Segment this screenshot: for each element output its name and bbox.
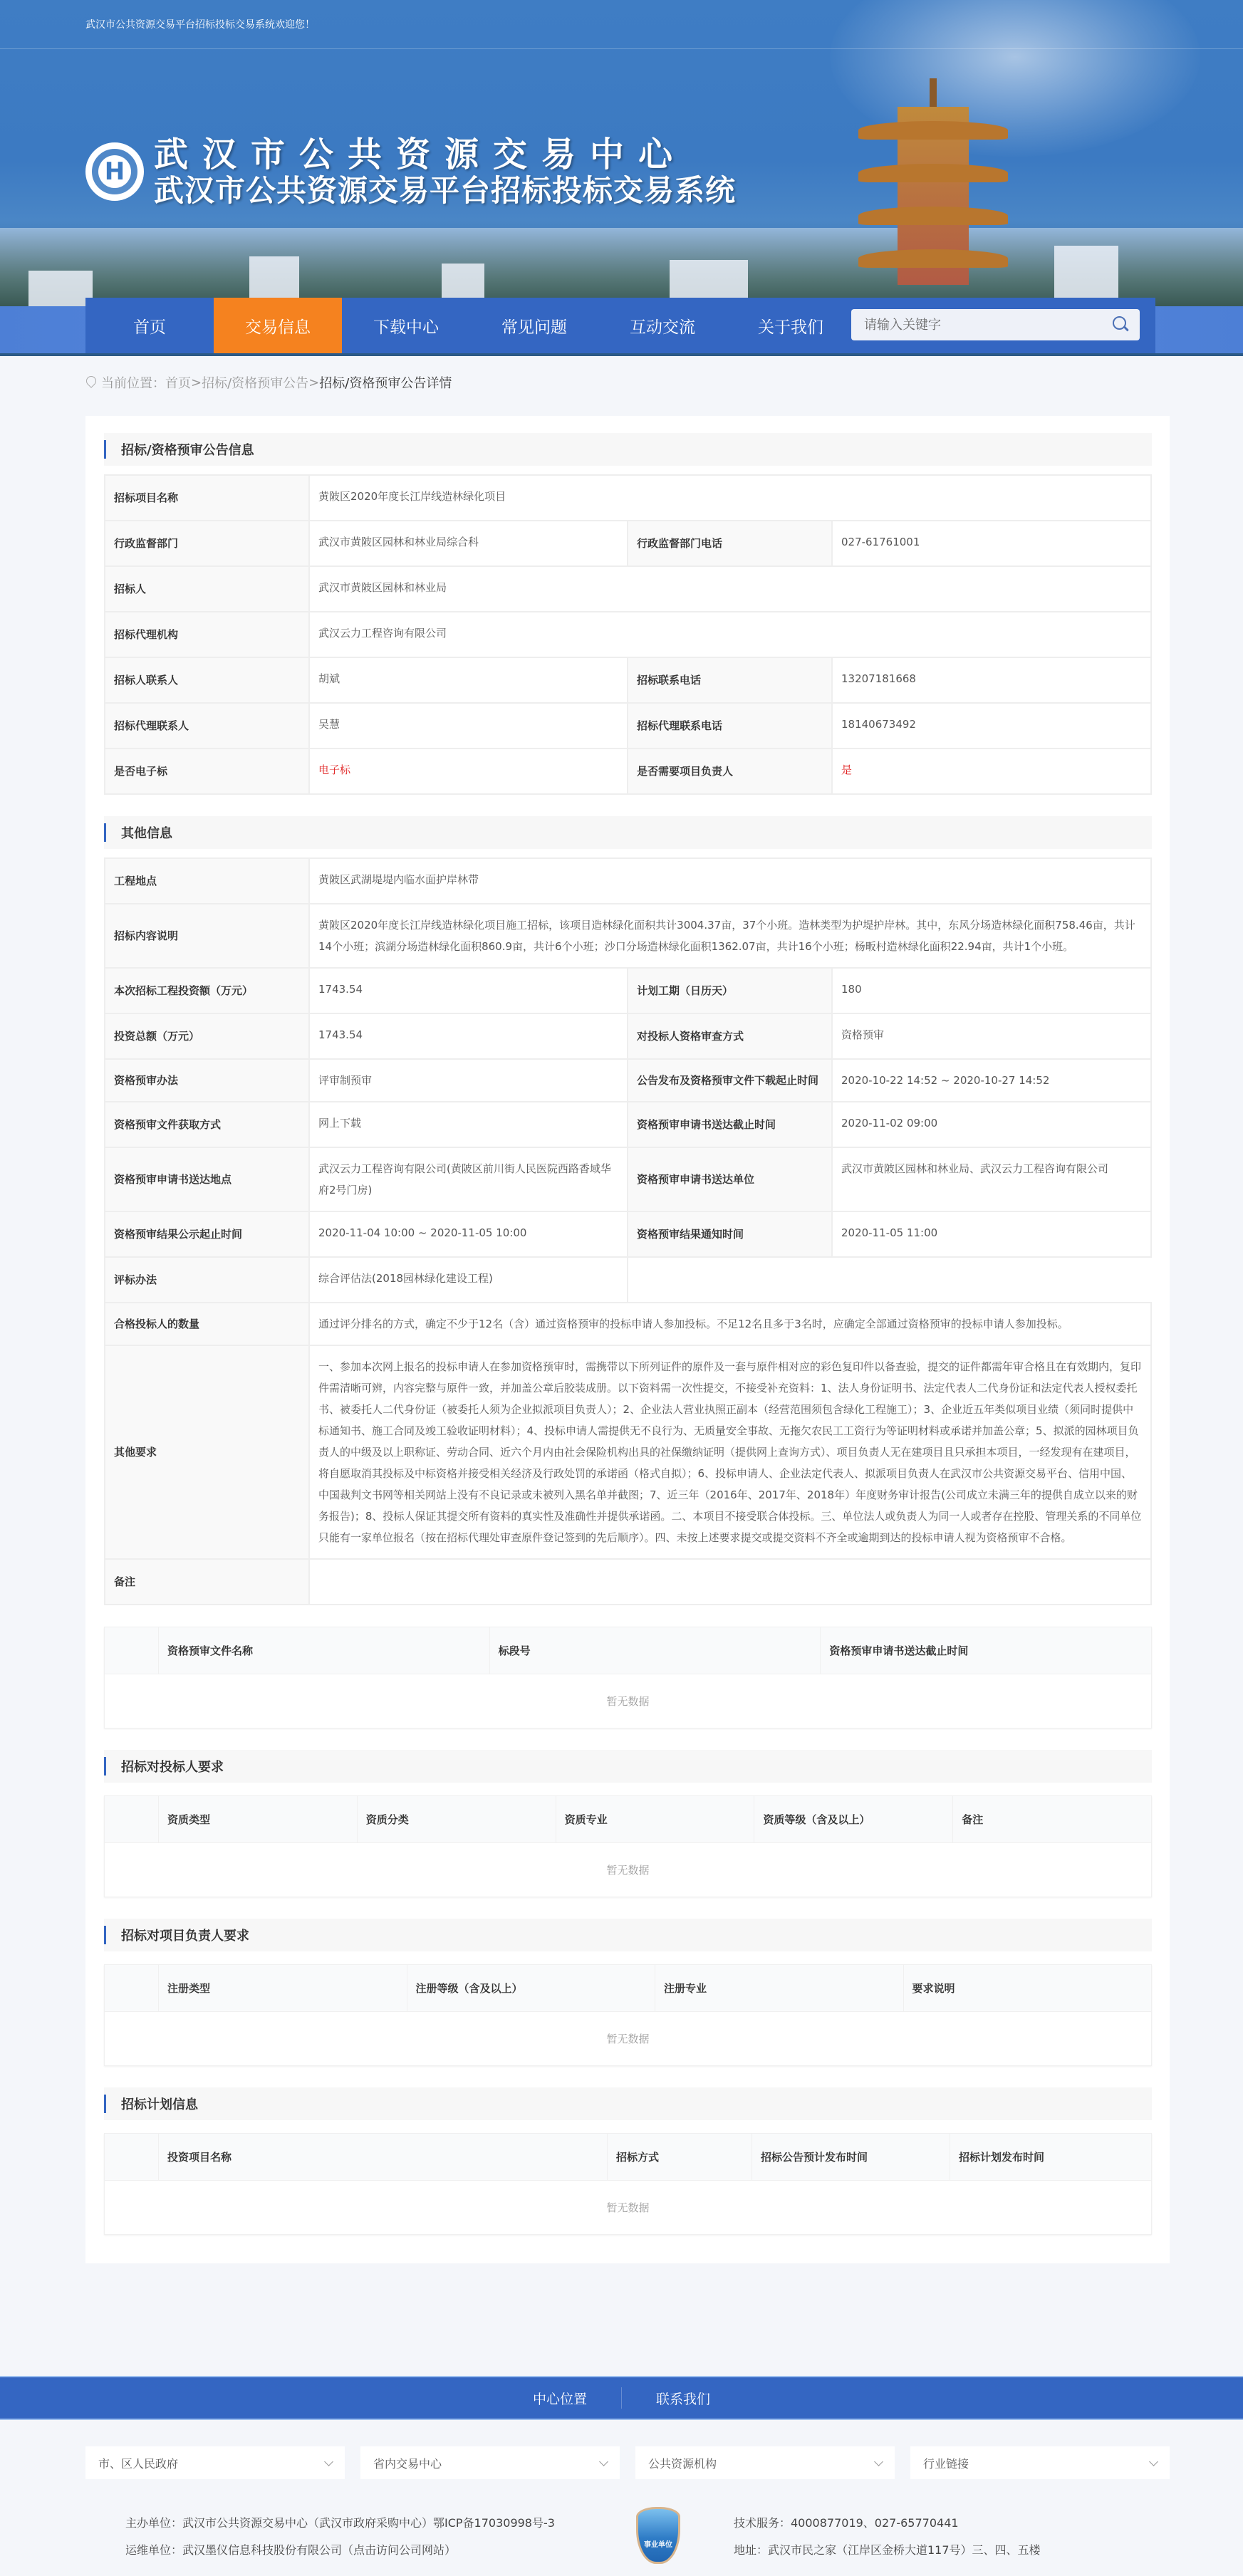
value-other-requirements: 一、参加本次网上报名的投标申请人在参加资格预审时，需携带以下所列证件的原件及一套… — [309, 1345, 1151, 1559]
column-header: 资质分类 — [357, 1796, 556, 1843]
label-eval-method: 评标办法 — [105, 1257, 309, 1303]
label-agency-contact: 招标代理联系人 — [105, 703, 309, 749]
search-box — [851, 309, 1140, 340]
breadcrumb: 当前位置： 首页 > 招标/资格预审公告 > 招标/资格预审公告详情 — [85, 373, 452, 392]
section-title-other-info: 其他信息 — [104, 816, 1152, 849]
select-province-centers[interactable]: 省内交易中心 — [360, 2446, 620, 2479]
detail-card: 招标/资格预审公告信息 招标项目名称 黄陂区2020年度长江岸线造林绿化项目 行… — [85, 416, 1170, 2263]
table-row: 资格预审办法 评审制预审 公告发布及资格预审文件下载起止时间 2020-10-2… — [105, 1059, 1151, 1102]
value-tenderer-contact: 胡斌 — [309, 657, 628, 703]
value-qualified-count: 通过评分排名的方式，确定不少于12名（含）通过资格预审的投标申请人参加投标。不足… — [309, 1303, 1151, 1345]
column-header: 资格预审申请书送达截止时间 — [821, 1627, 1152, 1674]
value-invest-total: 1743.54 — [309, 1013, 628, 1059]
column-header: 备注 — [953, 1796, 1152, 1843]
section-title-manager-requirements: 招标对项目负责人要求 — [104, 1919, 1152, 1951]
value-prequal-method: 评审制预审 — [309, 1059, 628, 1102]
table-row: 是否电子标 电子标 是否需要项目负责人 是 — [105, 749, 1151, 794]
column-header: 注册类型 — [159, 1965, 407, 2012]
column-header-index — [105, 1965, 159, 2012]
main-nav: 首页 交易信息 下载中心 常见问题 互动交流 关于我们 — [85, 298, 1155, 353]
column-header: 招标公告预计发布时间 — [752, 2134, 950, 2181]
table-row: 行政监督部门 武汉市黄陂区园林和林业局综合科 行政监督部门电话 027-6176… — [105, 521, 1151, 566]
value-agency: 武汉云力工程咨询有限公司 — [309, 612, 1151, 657]
chevron-down-icon — [324, 2457, 333, 2466]
site-logo[interactable]: H 武汉市公共资源交易中心 武汉市公共资源交易平台招标投标交易系统 — [85, 135, 736, 208]
value-result-notice: 2020-11-05 11:00 — [832, 1211, 1151, 1257]
label-agency-phone: 招标代理联系电话 — [628, 703, 832, 749]
value-admin-dept: 武汉市黄陂区园林和林业局综合科 — [309, 521, 628, 566]
table-row: 招标项目名称 黄陂区2020年度长江岸线造林绿化项目 — [105, 475, 1151, 521]
label-need-manager: 是否需要项目负责人 — [628, 749, 832, 794]
select-label: 行业链接 — [923, 2455, 969, 2471]
yellow-crane-tower-image — [858, 78, 1008, 285]
column-header: 招标方式 — [608, 2134, 752, 2181]
label-project-name: 招标项目名称 — [105, 475, 309, 521]
table-row: 招标代理机构 武汉云力工程咨询有限公司 — [105, 612, 1151, 657]
footer-link-location[interactable]: 中心位置 — [499, 2389, 621, 2408]
column-header: 注册等级（含及以上） — [407, 1965, 655, 2012]
value-content: 黄陂区2020年度长江岸线造林绿化项目施工招标，该项目造林绿化面积共计3004.… — [309, 904, 1151, 968]
value-submit-unit: 武汉市黄陂区园林和林业局、武汉云力工程咨询有限公司 — [832, 1147, 1151, 1211]
value-download-period: 2020-10-22 14:52 ~ 2020-10-27 14:52 — [832, 1059, 1151, 1102]
table-row: 工程地点 黄陂区武湖堤堤内临水面护岸林带 — [105, 858, 1151, 904]
value-file-obtain: 网上下载 — [309, 1102, 628, 1147]
value-remark — [309, 1559, 1151, 1605]
table-row: 备注 — [105, 1559, 1151, 1605]
value-duration: 180 — [832, 968, 1151, 1013]
value-eval-method: 综合评估法(2018园林绿化建设工程) — [309, 1257, 628, 1303]
label-location: 工程地点 — [105, 858, 309, 904]
label-review-mode: 对投标人资格审查方式 — [628, 1013, 832, 1059]
bidder-requirements-table: 资质类型 资质分类 资质专业 资质等级（含及以上） 备注 暂无数据 — [104, 1795, 1152, 1897]
other-info-table: 工程地点 黄陂区武湖堤堤内临水面护岸林带 招标内容说明 黄陂区2020年度长江岸… — [104, 857, 1152, 1605]
empty-state: 暂无数据 — [105, 1843, 1152, 1897]
footer-tech-service: 技术服务：4000877019、027-65770441 — [734, 2514, 959, 2530]
footer-link-selects: 市、区人民政府 省内交易中心 公共资源机构 行业链接 — [85, 2446, 1170, 2479]
select-label: 省内交易中心 — [373, 2455, 442, 2471]
table-row: 其他要求 一、参加本次网上报名的投标申请人在参加资格预审时，需携带以下所列证件的… — [105, 1345, 1151, 1559]
label-other-requirements: 其他要求 — [105, 1345, 309, 1559]
value-location: 黄陂区武湖堤堤内临水面护岸林带 — [309, 858, 1151, 904]
nav-about[interactable]: 关于我们 — [727, 298, 855, 353]
value-invest-this: 1743.54 — [309, 968, 628, 1013]
nav-faq[interactable]: 常见问题 — [470, 298, 598, 353]
header-divider — [0, 48, 1243, 49]
footer-address: 地址：武汉市民之家（江岸区金桥大道117号）三、四、五楼 — [734, 2541, 1041, 2557]
breadcrumb-notice-list[interactable]: 招标/资格预审公告 — [202, 373, 308, 392]
logo-emblem-icon: H — [85, 142, 144, 201]
section-title-notice-info: 招标/资格预审公告信息 — [104, 433, 1152, 466]
section-title-plan-info: 招标计划信息 — [104, 2087, 1152, 2120]
select-public-resource-orgs[interactable]: 公共资源机构 — [635, 2446, 895, 2479]
nav-home[interactable]: 首页 — [85, 298, 214, 353]
plan-info-table: 投资项目名称 招标方式 招标公告预计发布时间 招标计划发布时间 暂无数据 — [104, 2133, 1152, 2235]
notice-info-table: 招标项目名称 黄陂区2020年度长江岸线造林绿化项目 行政监督部门 武汉市黄陂区… — [104, 474, 1152, 795]
table-row: 招标内容说明 黄陂区2020年度长江岸线造林绿化项目施工招标，该项目造林绿化面积… — [105, 904, 1151, 968]
empty-state: 暂无数据 — [105, 2181, 1152, 2235]
nav-interaction[interactable]: 互动交流 — [598, 298, 727, 353]
column-header: 资质类型 — [159, 1796, 358, 1843]
label-submit-deadline: 资格预审申请书送达截止时间 — [628, 1102, 832, 1147]
table-row: 资格预审文件获取方式 网上下载 资格预审申请书送达截止时间 2020-11-02… — [105, 1102, 1151, 1147]
section-title-bidder-requirements: 招标对投标人要求 — [104, 1750, 1152, 1783]
logo-title: 武汉市公共资源交易中心 — [154, 135, 736, 174]
label-electronic-bid: 是否电子标 — [105, 749, 309, 794]
table-row: 资格预审申请书送达地点 武汉云力工程咨询有限公司(黄陂区前川街人民医院西路香域华… — [105, 1147, 1151, 1211]
breadcrumb-separator: > — [308, 375, 319, 390]
value-agency-phone: 18140673492 — [832, 703, 1151, 749]
search-icon[interactable] — [1113, 316, 1130, 333]
table-row: 招标代理联系人 吴慧 招标代理联系电话 18140673492 — [105, 703, 1151, 749]
select-industry-links[interactable]: 行业链接 — [910, 2446, 1170, 2479]
column-header: 资格预审文件名称 — [159, 1627, 490, 1674]
value-tenderer: 武汉市黄陂区园林和林业局 — [309, 566, 1151, 612]
label-tenderer-phone: 招标联系电话 — [628, 657, 832, 703]
location-pin-icon — [85, 376, 95, 389]
column-header: 资质等级（含及以上） — [754, 1796, 953, 1843]
header-banner: 武汉市公共资源交易平台招标投标交易系统欢迎您！ H 武汉市公共资源交易中心 武汉… — [0, 0, 1243, 356]
value-agency-contact: 吴慧 — [309, 703, 628, 749]
breadcrumb-separator: > — [191, 375, 202, 390]
label-result-notice: 资格预审结果通知时间 — [628, 1211, 832, 1257]
label-result-publicity: 资格预审结果公示起止时间 — [105, 1211, 309, 1257]
logo-subtitle: 武汉市公共资源交易平台招标投标交易系统 — [154, 174, 736, 208]
label-submit-unit: 资格预审申请书送达单位 — [628, 1147, 832, 1211]
label-submit-place: 资格预审申请书送达地点 — [105, 1147, 309, 1211]
label-admin-dept: 行政监督部门 — [105, 521, 309, 566]
column-header: 注册专业 — [655, 1965, 904, 2012]
label-tenderer: 招标人 — [105, 566, 309, 612]
column-header: 标段号 — [489, 1627, 821, 1674]
label-duration: 计划工期（日历天） — [628, 968, 832, 1013]
table-row: 本次招标工程投资额（万元） 1743.54 计划工期（日历天） 180 — [105, 968, 1151, 1013]
table-row: 投资总额（万元） 1743.54 对投标人资格审查方式 资格预审 — [105, 1013, 1151, 1059]
column-header: 投资项目名称 — [159, 2134, 608, 2181]
column-header: 资质专业 — [556, 1796, 754, 1843]
empty-state: 暂无数据 — [105, 1674, 1152, 1728]
column-header: 招标计划发布时间 — [950, 2134, 1152, 2181]
label-prequal-method: 资格预审办法 — [105, 1059, 309, 1102]
value-submit-deadline: 2020-11-02 09:00 — [832, 1102, 1151, 1147]
public-institution-badge-icon[interactable]: 事业单位 — [636, 2507, 680, 2564]
manager-requirements-table: 注册类型 注册等级（含及以上） 注册专业 要求说明 暂无数据 — [104, 1964, 1152, 2066]
footer-ops[interactable]: 运维单位：武汉墨仪信息科技股份有限公司（点击访问公司网站） — [125, 2541, 456, 2557]
footer-nav: 中心位置 联系我们 — [0, 2376, 1243, 2420]
value-result-publicity: 2020-11-04 10:00 ~ 2020-11-05 10:00 — [309, 1211, 628, 1257]
column-header-index — [105, 1796, 159, 1843]
value-electronic-bid: 电子标 — [309, 749, 628, 794]
label-remark: 备注 — [105, 1559, 309, 1605]
column-header: 要求说明 — [903, 1965, 1152, 2012]
label-content: 招标内容说明 — [105, 904, 309, 968]
search-input[interactable] — [864, 318, 1113, 333]
select-label: 公共资源机构 — [648, 2455, 717, 2471]
value-review-mode: 资格预审 — [832, 1013, 1151, 1059]
value-admin-phone: 027-61761001 — [832, 521, 1151, 566]
table-row: 招标人联系人 胡斌 招标联系电话 13207181668 — [105, 657, 1151, 703]
chevron-down-icon — [1149, 2457, 1158, 2466]
table-row: 资格预审结果公示起止时间 2020-11-04 10:00 ~ 2020-11-… — [105, 1211, 1151, 1257]
breadcrumb-prefix: 当前位置： — [101, 373, 165, 392]
value-submit-place: 武汉云力工程咨询有限公司(黄陂区前川街人民医院西路香域华府2号门房) — [309, 1147, 628, 1211]
chevron-down-icon — [599, 2457, 608, 2466]
nav-download[interactable]: 下载中心 — [342, 298, 470, 353]
select-gov-links[interactable]: 市、区人民政府 — [85, 2446, 345, 2479]
welcome-text: 武汉市公共资源交易平台招标投标交易系统欢迎您！ — [85, 17, 315, 31]
value-tenderer-phone: 13207181668 — [832, 657, 1151, 703]
column-header-index — [105, 1627, 159, 1674]
label-invest-total: 投资总额（万元） — [105, 1013, 309, 1059]
breadcrumb-home[interactable]: 首页 — [165, 373, 191, 392]
value-project-name: 黄陂区2020年度长江岸线造林绿化项目 — [309, 475, 1151, 521]
prequal-files-table: 资格预审文件名称 标段号 资格预审申请书送达截止时间 暂无数据 — [104, 1627, 1152, 1728]
breadcrumb-current: 招标/资格预审公告详情 — [319, 373, 452, 392]
nav-trade-info[interactable]: 交易信息 — [214, 298, 342, 353]
table-row: 评标办法 综合评估法(2018园林绿化建设工程) — [105, 1257, 1151, 1303]
label-tenderer-contact: 招标人联系人 — [105, 657, 309, 703]
label-agency: 招标代理机构 — [105, 612, 309, 657]
label-qualified-count: 合格投标人的数量 — [105, 1303, 309, 1345]
column-header-index — [105, 2134, 159, 2181]
value-need-manager: 是 — [832, 749, 1151, 794]
chevron-down-icon — [874, 2457, 883, 2466]
label-invest-this: 本次招标工程投资额（万元） — [105, 968, 309, 1013]
select-label: 市、区人民政府 — [98, 2455, 178, 2471]
label-download-period: 公告发布及资格预审文件下载起止时间 — [628, 1059, 832, 1102]
label-file-obtain: 资格预审文件获取方式 — [105, 1102, 309, 1147]
footer-host: 主办单位：武汉市公共资源交易中心（武汉市政府采购中心）鄂ICP备17030998… — [125, 2514, 555, 2530]
footer-link-contact[interactable]: 联系我们 — [622, 2389, 744, 2408]
empty-state: 暂无数据 — [105, 2012, 1152, 2066]
label-admin-phone: 行政监督部门电话 — [628, 521, 832, 566]
table-row: 合格投标人的数量 通过评分排名的方式，确定不少于12名（含）通过资格预审的投标申… — [105, 1303, 1151, 1345]
table-row: 招标人 武汉市黄陂区园林和林业局 — [105, 566, 1151, 612]
